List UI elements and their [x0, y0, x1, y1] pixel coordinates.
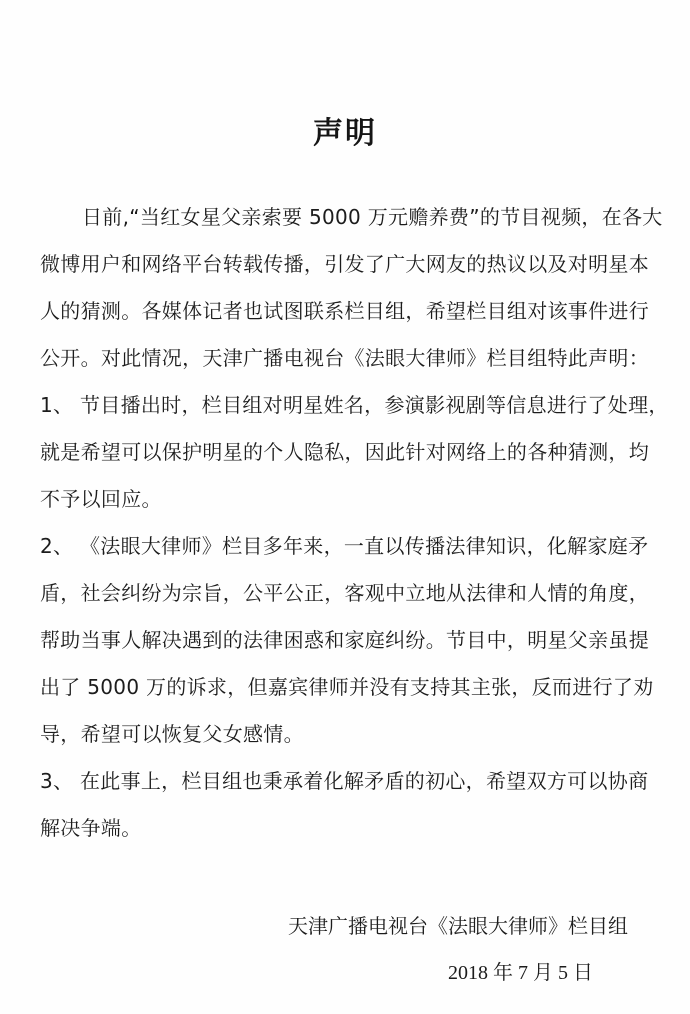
- statement-document: 声明 日前,“当红女星父亲索要 5000 万元赡养费”的节目视频，在各大 微博用…: [0, 0, 690, 1014]
- item-3-line-1: 3、 在此事上，栏目组也秉承着化解矛盾的初心，希望双方可以协商: [40, 767, 652, 795]
- paragraph-intro-line-4: 公开。对此情况，天津广播电视台《法眼大律师》栏目组特此声明：: [40, 344, 652, 372]
- paragraph-intro-line-2: 微博用户和网络平台转载传播，引发了广大网友的热议以及对明星本: [40, 250, 652, 278]
- paragraph-intro-line-1: 日前,“当红女星父亲索要 5000 万元赡养费”的节目视频，在各大: [82, 203, 690, 231]
- item-1-line-3: 不予以回应。: [40, 485, 652, 513]
- item-2-line-5: 导，希望可以恢复父女感情。: [40, 720, 652, 748]
- item-3-line-2: 解决争端。: [40, 814, 652, 842]
- item-2-line-2: 盾，社会纠纷为宗旨，公平公正，客观中立地从法律和人情的角度，: [40, 579, 652, 607]
- signature-date: 2018 年 7 月 5 日: [448, 959, 593, 987]
- item-1-line-2: 就是希望可以保护明星的个人隐私，因此针对网络上的各种猜测，均: [40, 438, 652, 466]
- item-2-line-3: 帮助当事人解决遇到的法律困惑和家庭纠纷。节目中，明星父亲虽提: [40, 626, 652, 654]
- item-2-line-4: 出了 5000 万的诉求，但嘉宾律师并没有支持其主张，反而进行了劝: [40, 673, 652, 701]
- item-1-line-1: 1、 节目播出时，栏目组对明星姓名，参演影视剧等信息进行了处理，: [40, 391, 652, 419]
- item-2-line-1: 2、 《法眼大律师》栏目多年来，一直以传播法律知识，化解家庭矛: [40, 532, 652, 560]
- document-title: 声明: [0, 108, 690, 152]
- paragraph-intro-line-3: 人的猜测。各媒体记者也试图联系栏目组，希望栏目组对该事件进行: [40, 297, 652, 325]
- signature-organization: 天津广播电视台《法眼大律师》栏目组: [288, 912, 628, 940]
